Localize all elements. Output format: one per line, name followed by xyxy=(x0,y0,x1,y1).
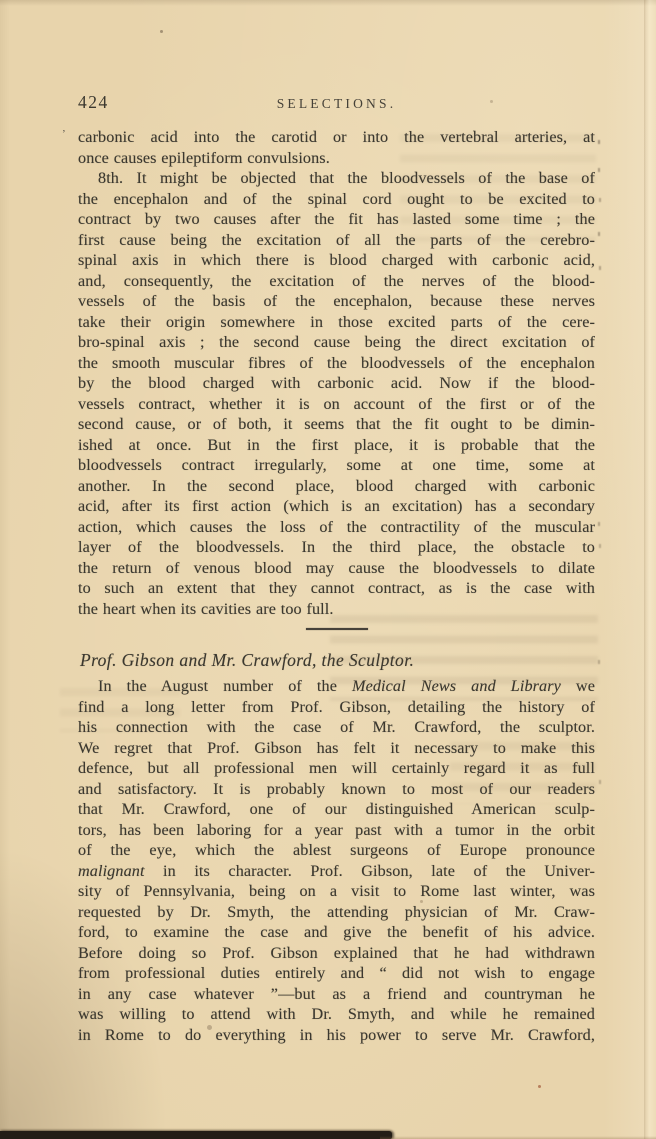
article-heading: Prof. Gibson and Mr. Crawford, the Sculp… xyxy=(80,650,595,671)
text-line: and satisfactory. It is probably known t… xyxy=(78,779,595,800)
text-line: malignant in its character. Prof. Gibson… xyxy=(78,861,595,882)
text-line: defence, but all professional men will c… xyxy=(78,758,595,779)
text-line: was willing to attend with Dr. Smyth, an… xyxy=(78,1004,595,1025)
text-line: the smooth muscular fibres of the bloodv… xyxy=(78,353,595,374)
marginal-mark: ’ xyxy=(62,128,66,140)
article-body: In the August number of the Medical News… xyxy=(78,676,595,1045)
page-edge-highlight xyxy=(644,0,656,1139)
margin-ink-specks xyxy=(598,140,600,144)
text-line: ished at once. But in the first place, i… xyxy=(78,435,595,456)
article-previous-body: carbonic acid into the carotid or into t… xyxy=(78,127,595,619)
text-line: action, which causes the loss of the con… xyxy=(78,517,595,538)
text-line: in any case whatever ”—but as a friend a… xyxy=(78,984,595,1005)
text-line: We regret that Prof. Gibson has felt it … xyxy=(78,738,595,759)
text-line: from professional duties entirely and “ … xyxy=(78,963,595,984)
text-line: find a long letter from Prof. Gibson, de… xyxy=(78,697,595,718)
text-line: the encephalon and of the spinal cord ou… xyxy=(78,189,595,210)
text-line: by the blood charged with carbonic acid.… xyxy=(78,373,595,394)
page-header: 424 SELECTIONS. xyxy=(78,92,595,116)
text-line: and, consequently, the excitation of the… xyxy=(78,271,595,292)
text-line: another. In the second place, blood char… xyxy=(78,476,595,497)
text-line: second cause, or of both, it seems that … xyxy=(78,414,595,435)
text-line: Before doing so Prof. Gibson explained t… xyxy=(78,943,595,964)
text-line: spinal axis in which there is blood char… xyxy=(78,250,595,271)
text-line: to such an extent that they cannot contr… xyxy=(78,578,595,599)
text-line: that Mr. Crawford, one of our distinguis… xyxy=(78,799,595,820)
text-line: In the August number of the Medical News… xyxy=(78,676,595,697)
text-line: vessels of the basis of the encephalon, … xyxy=(78,291,595,312)
text-line: tors, has been laboring for a year past … xyxy=(78,820,595,841)
section-divider xyxy=(306,628,368,630)
text-line: once causes epileptiform convulsions. xyxy=(78,148,595,169)
text-line: vessels contract, whether it is on accou… xyxy=(78,394,595,415)
book-page: 424 SELECTIONS. ’ carbonic acid into the… xyxy=(0,0,656,1139)
text-line: his connection with the case of Mr. Craw… xyxy=(78,717,595,738)
running-header: SELECTIONS. xyxy=(78,96,595,112)
text-line: bro-spinal axis ; the second cause being… xyxy=(78,332,595,353)
text-line: ford, to examine the case and give the b… xyxy=(78,922,595,943)
text-line: bloodvessels contract irregularly, some … xyxy=(78,455,595,476)
text-line: sity of Pennsylvania, being on a visit t… xyxy=(78,881,595,902)
text-line: the return of venous blood may cause the… xyxy=(78,558,595,579)
text-line: 8th. It might be objected that the blood… xyxy=(78,168,595,189)
text-line: layer of the bloodvessels. In the third … xyxy=(78,537,595,558)
text-line: the heart when its cavities are too full… xyxy=(78,599,595,620)
text-line: of the eye, which the ablest surgeons of… xyxy=(78,840,595,861)
text-line: requested by Dr. Smyth, the attending ph… xyxy=(78,902,595,923)
scan-shadow-bar xyxy=(0,1131,392,1139)
paper-specks xyxy=(160,30,163,33)
text-line: in Rome to do everything in his power to… xyxy=(78,1025,595,1046)
text-line: first cause being the excitation of all … xyxy=(78,230,595,251)
text-line: acid, after its first action (which is a… xyxy=(78,496,595,517)
text-line: take their origin somewhere in those exc… xyxy=(78,312,595,333)
text-line: carbonic acid into the carotid or into t… xyxy=(78,127,595,148)
text-line: contract by two causes after the fit has… xyxy=(78,209,595,230)
